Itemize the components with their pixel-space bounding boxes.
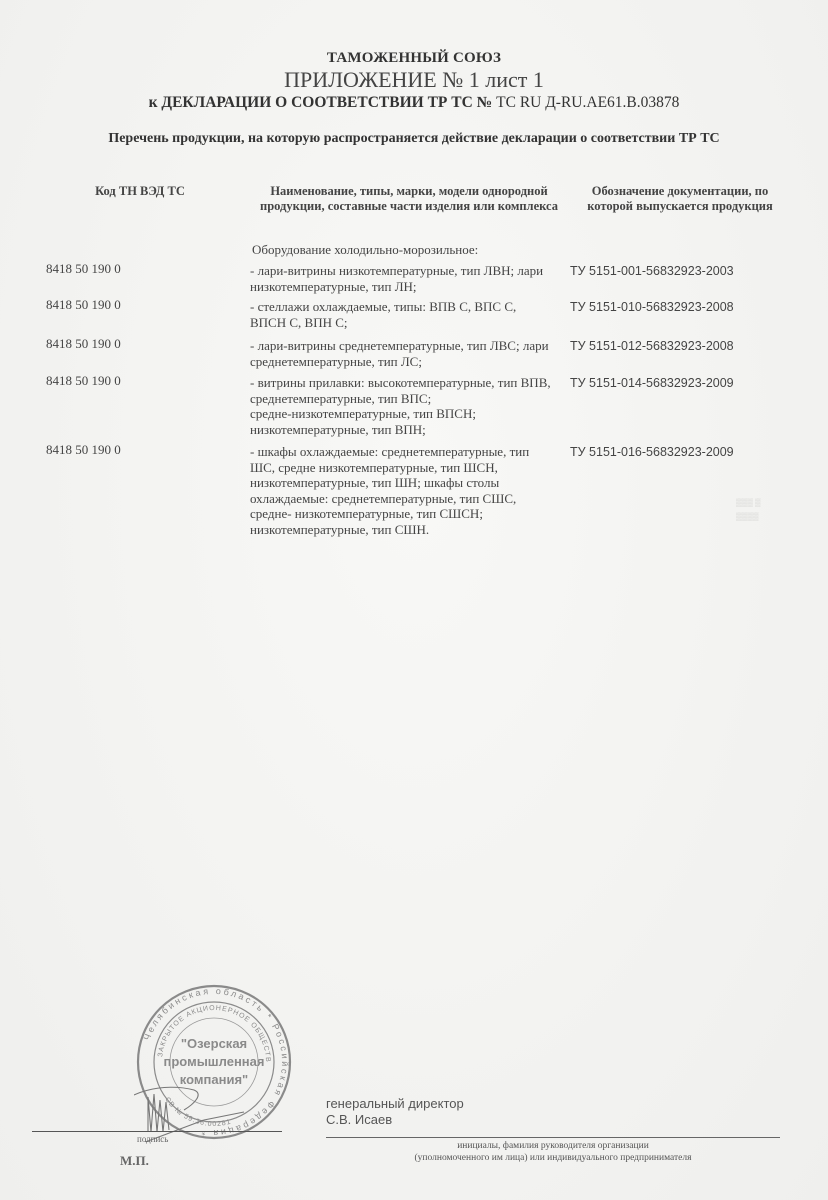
description-line: среднетемпературные, тип ЛС; — [250, 354, 570, 370]
description-line: ШС, средне низкотемпературные, тип ШСН, — [250, 460, 570, 476]
description-line: охлаждаемые: среднетемпературные, тип СШ… — [250, 491, 570, 507]
declaration-number: ТС RU Д-RU.АЕ61.В.03878 — [496, 94, 679, 111]
header-declaration: к ДЕКЛАРАЦИИ О СООТВЕТСТВИИ ТР ТС № ТС R… — [0, 94, 828, 112]
product-description: - лари-витрины низкотемпературные, тип Л… — [250, 263, 570, 294]
header-union: ТАМОЖЕННЫЙ СОЮЗ — [0, 50, 828, 67]
faint-bleed-through: ▒▒▒ ▒▒▒▒▒ — [736, 496, 761, 524]
caption-line-2: (уполномоченного им лица) или индивидуал… — [326, 1152, 780, 1164]
header-appendix: ПРИЛОЖЕНИЕ № 1 лист 1 — [0, 67, 828, 93]
declaration-prefix: к ДЕКЛАРАЦИИ О СООТВЕТСТВИИ ТР ТС № — [149, 94, 493, 111]
description-line: - стеллажи охлаждаемые, типы: ВПВ С, ВПС… — [250, 299, 570, 315]
column-header-documentation: Обозначение документации, по которой вып… — [568, 184, 792, 214]
product-description: - витрины прилавки: высокотемпературные,… — [250, 375, 570, 437]
seal-label: М.П. — [120, 1153, 149, 1169]
product-documentation: ТУ 5151-016-56832923-2009 — [570, 445, 734, 459]
product-code: 8418 50 190 0 — [46, 336, 121, 352]
description-line: средне-низкотемпературные, тип ВПСН; — [250, 406, 570, 422]
stamp-center-line1: "Озерская — [181, 1036, 247, 1051]
product-code: 8418 50 190 0 — [46, 261, 121, 277]
description-line: - лари-витрины низкотемпературные, тип Л… — [250, 263, 570, 279]
product-code: 8418 50 190 0 — [46, 442, 121, 458]
signature-label: подпись — [137, 1134, 168, 1144]
company-stamp: Челябинская область * Российская Федерац… — [134, 982, 294, 1142]
svg-text:СВ № 59:36:00281: СВ № 59:36:00281 — [163, 1096, 232, 1128]
signatory-position: генеральный директор — [326, 1096, 464, 1112]
product-description: - шкафы охлаждаемые: среднетемпературные… — [250, 444, 570, 537]
signatory-name: С.В. Исаев — [326, 1112, 464, 1128]
description-line: низкотемпературные, тип ВПН; — [250, 422, 570, 438]
signature-line — [32, 1131, 282, 1132]
description-line: низкотемпературные, тип ШН; шкафы столы — [250, 475, 570, 491]
product-documentation: ТУ 5151-012-56832923-2008 — [570, 339, 734, 353]
caption-line-1: инициалы, фамилия руководителя организац… — [326, 1140, 780, 1152]
column-header-code: Код ТН ВЭД ТС — [70, 184, 210, 199]
signatory-caption: инициалы, фамилия руководителя организац… — [326, 1140, 780, 1164]
description-line: средне- низкотемпературные, тип СШСН; — [250, 506, 570, 522]
list-title: Перечень продукции, на которую распростр… — [0, 131, 828, 147]
stamp-reg-text: СВ № 59:36:00281 — [163, 1096, 232, 1128]
product-documentation: ТУ 5151-001-56832923-2003 — [570, 264, 734, 278]
description-line: - шкафы охлаждаемые: среднетемпературные… — [250, 444, 570, 460]
column-header-name: Наименование, типы, марки, модели одноро… — [250, 184, 568, 214]
description-line: - витрины прилавки: высокотемпературные,… — [250, 375, 570, 391]
description-line: низкотемпературные, тип СШН. — [250, 522, 570, 538]
product-code: 8418 50 190 0 — [46, 297, 121, 313]
product-description: - стеллажи охлаждаемые, типы: ВПВ С, ВПС… — [250, 299, 570, 330]
description-line: низкотемпературные, тип ЛН; — [250, 279, 570, 295]
signatory-block: генеральный директор С.В. Исаев — [326, 1096, 464, 1128]
stamp-center-line3: компания" — [180, 1072, 248, 1087]
description-line: среднетемпературные, тип ВПС; — [250, 391, 570, 407]
table-intro: Оборудование холодильно-морозильное: — [252, 242, 478, 258]
stamp-center-line2: промышленная — [164, 1054, 265, 1069]
product-documentation: ТУ 5151-010-56832923-2008 — [570, 300, 734, 314]
name-line — [326, 1137, 780, 1138]
description-line: - лари-витрины среднетемпературные, тип … — [250, 338, 570, 354]
product-documentation: ТУ 5151-014-56832923-2009 — [570, 376, 734, 390]
description-line: ВПСН С, ВПН С; — [250, 315, 570, 331]
product-description: - лари-витрины среднетемпературные, тип … — [250, 338, 570, 369]
document-page — [0, 0, 828, 1200]
product-code: 8418 50 190 0 — [46, 373, 121, 389]
